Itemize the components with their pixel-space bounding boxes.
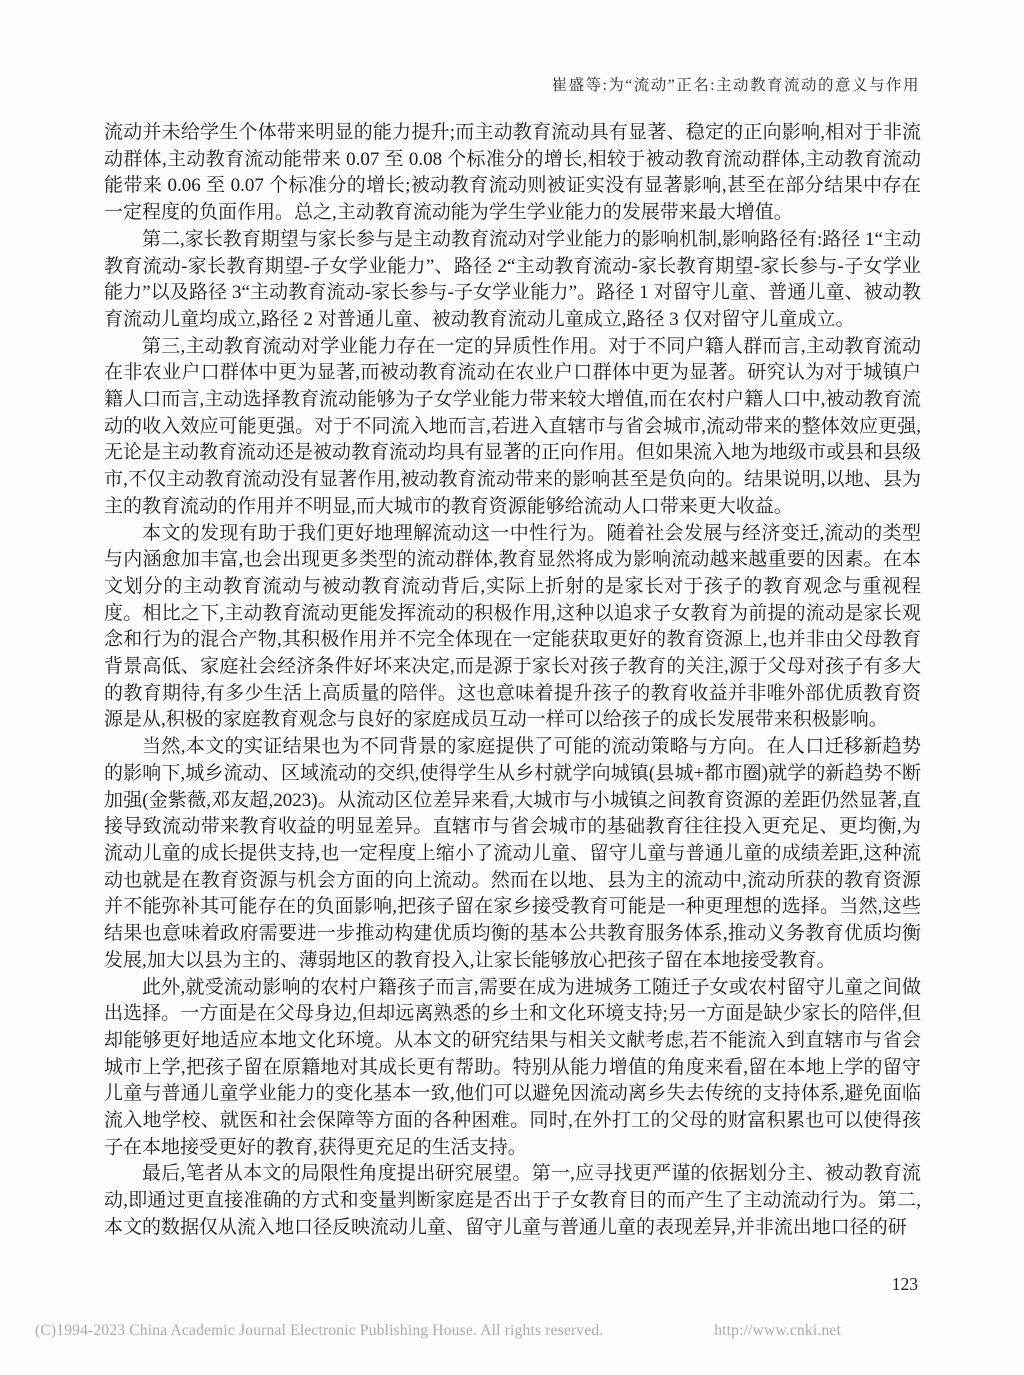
footer-url: http://www.cnki.net xyxy=(714,1322,841,1340)
body-paragraph: 最后,笔者从本文的局限性角度提出研究展望。第一,应寻找更严谨的依据划分主、被动教… xyxy=(104,1161,921,1241)
body-paragraph: 流动并未给学生个体带来明显的能力提升;而主动教育流动具有显著、稳定的正向影响,相… xyxy=(104,120,921,227)
body-paragraph: 此外,就受流动影响的农村户籍孩子而言,需要在成为进城务工随迁子女或农村留守儿童之… xyxy=(104,975,921,1162)
body-paragraph: 本文的发现有助于我们更好地理解流动这一中性行为。随着社会发展与经济变迁,流动的类… xyxy=(104,521,921,735)
running-header: 崔盛等:为“流动”正名:主动教育流动的意义与作用 xyxy=(552,73,920,95)
body-paragraph: 第三,主动教育流动对学业能力存在一定的异质性作用。对于不同户籍人群而言,主动教育… xyxy=(104,334,921,521)
footer: (C)1994-2023 China Academic Journal Elec… xyxy=(35,1322,841,1340)
body-paragraph: 当然,本文的实证结果也为不同背景的家庭提供了可能的流动策略与方向。在人口迁移新趋… xyxy=(104,734,921,974)
article-body: 流动并未给学生个体带来明显的能力提升;而主动教育流动具有显著、稳定的正向影响,相… xyxy=(104,120,921,1242)
page-number: 123 xyxy=(892,1274,918,1295)
journal-page: 崔盛等:为“流动”正名:主动教育流动的意义与作用 流动并未给学生个体带来明显的能… xyxy=(0,0,1024,1375)
body-paragraph: 第二,家长教育期望与家长参与是主动教育流动对学业能力的影响机制,影响路径有:路径… xyxy=(104,227,921,334)
footer-copyright: (C)1994-2023 China Academic Journal Elec… xyxy=(35,1322,603,1340)
